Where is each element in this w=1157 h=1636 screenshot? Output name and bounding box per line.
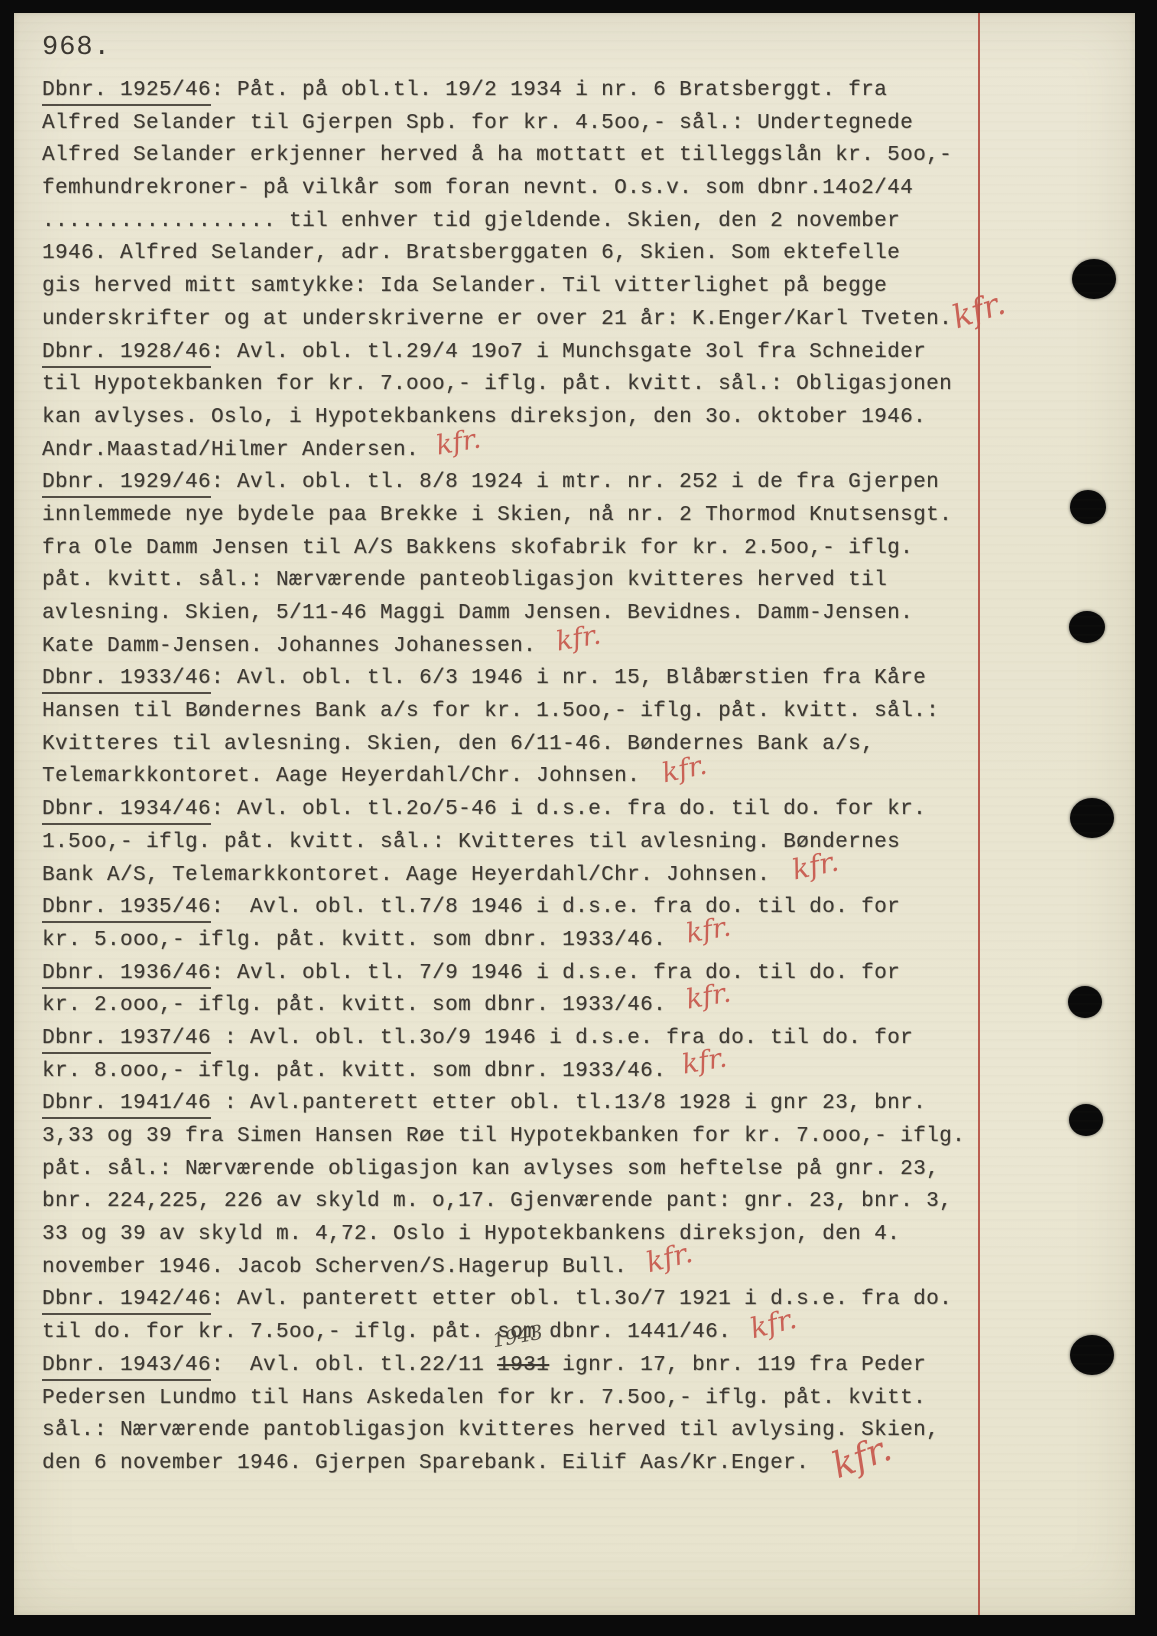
typed-text: november 1946. Jacob Scherven/S.Hagerup … <box>42 1256 627 1279</box>
typed-text: Pedersen Lundmo til Hans Askedalen for k… <box>42 1387 926 1410</box>
text-line: Dbnr. 1925/46: Påt. på obl.tl. 19/2 1934… <box>42 75 1002 108</box>
text-line: Andr.Maastad/Hilmer Andersen. <box>42 435 1002 468</box>
typed-text: fra Ole Damm Jensen til A/S Bakkens skof… <box>42 537 913 560</box>
text-line: Bank A/S, Telemarkkontoret. Aage Heyerda… <box>42 860 1002 893</box>
typed-text: 1931 <box>497 1354 549 1377</box>
text-line: Alfred Selander til Gjerpen Spb. for kr.… <box>42 108 1002 141</box>
punch-hole <box>1070 798 1114 838</box>
typed-text: : Avl. obl. tl.3o/9 1946 i d.s.e. fra do… <box>211 1027 913 1050</box>
punch-hole <box>1070 490 1106 524</box>
text-block: Dbnr. 1925/46: Påt. på obl.tl. 19/2 1934… <box>42 75 1002 1481</box>
text-line: kr. 5.ooo,- iflg. påt. kvitt. som dbnr. … <box>42 925 1002 958</box>
typed-text: .................. til enhver tid gjelde… <box>42 210 900 233</box>
text-line: gis herved mitt samtykke: Ida Selander. … <box>42 271 1002 304</box>
typed-text: gis herved mitt samtykke: Ida Selander. … <box>42 275 887 298</box>
typed-text: : Avl. obl. tl.22/11 <box>211 1354 497 1377</box>
typed-text: : Avl. obl. tl. 8/8 1924 i mtr. nr. 252 … <box>211 471 939 494</box>
punch-hole <box>1069 1104 1103 1136</box>
typed-text: Kate Damm-Jensen. Johannes Johanessen. <box>42 635 536 658</box>
entry-number: Dbnr. 1942/46 <box>42 1288 211 1315</box>
typed-text: : Avl. obl. tl.29/4 19o7 i Munchsgate 3o… <box>211 341 926 364</box>
typed-text: den 6 november 1946. Gjerpen Sparebank. … <box>42 1452 809 1475</box>
paper-sheet: 968. Dbnr. 1925/46: Påt. på obl.tl. 19/2… <box>14 13 1135 1615</box>
typed-text: kr. 8.ooo,- iflg. påt. kvitt. som dbnr. … <box>42 1060 666 1083</box>
text-line: kan avlyses. Oslo, i Hypotekbankens dire… <box>42 402 1002 435</box>
typed-text: 1946. Alfred Selander, adr. Bratsberggat… <box>42 242 900 265</box>
text-line: Dbnr. 1941/46 : Avl.panterett etter obl.… <box>42 1088 1002 1121</box>
text-line: til do. for kr. 7.5oo,- iflg. påt. som d… <box>42 1317 1002 1350</box>
text-line: sål.: Nærværende pantobligasjon kvittere… <box>42 1415 1002 1448</box>
text-line: Hansen til Bøndernes Bank a/s for kr. 1.… <box>42 696 1002 729</box>
text-line: 1.5oo,- iflg. påt. kvitt. sål.: Kvittere… <box>42 827 1002 860</box>
typed-text: til do. for kr. 7.5oo,- iflg. påt. som d… <box>42 1321 731 1344</box>
text-line: Dbnr. 1928/46: Avl. obl. tl.29/4 19o7 i … <box>42 337 1002 370</box>
typed-text: underskrifter og at underskriverne er ov… <box>42 308 952 331</box>
punch-hole <box>1068 986 1102 1018</box>
punch-hole <box>1072 259 1116 299</box>
typed-text: femhundrekroner- på vilkår som foran nev… <box>42 177 913 200</box>
entry-number: Dbnr. 1933/46 <box>42 667 211 694</box>
entry-number: Dbnr. 1935/46 <box>42 896 211 923</box>
typed-text: kr. 5.ooo,- iflg. påt. kvitt. som dbnr. … <box>42 929 666 952</box>
text-line: Dbnr. 1936/46: Avl. obl. tl. 7/9 1946 i … <box>42 958 1002 991</box>
text-line: innlemmede nye bydele paa Brekke i Skien… <box>42 500 1002 533</box>
entry-number: Dbnr. 1934/46 <box>42 798 211 825</box>
entry-number: Dbnr. 1929/46 <box>42 471 211 498</box>
entry-number: Dbnr. 1943/46 <box>42 1354 211 1381</box>
typed-text: Andr.Maastad/Hilmer Andersen. <box>42 439 419 462</box>
text-line: Alfred Selander erkjenner herved å ha mo… <box>42 140 1002 173</box>
typed-text: 1.5oo,- iflg. påt. kvitt. sål.: Kvittere… <box>42 831 900 854</box>
text-line: Kate Damm-Jensen. Johannes Johanessen. <box>42 631 1002 664</box>
text-line: Dbnr. 1929/46: Avl. obl. tl. 8/8 1924 i … <box>42 467 1002 500</box>
text-line: bnr. 224,225, 226 av skyld m. o,17. Gjen… <box>42 1186 1002 1219</box>
text-line: 33 og 39 av skyld m. 4,72. Oslo i Hypote… <box>42 1219 1002 1252</box>
punch-hole <box>1069 611 1105 643</box>
punch-hole <box>1070 1335 1114 1375</box>
typed-text: Telemarkkontoret. Aage Heyerdahl/Chr. Jo… <box>42 765 640 788</box>
entry-number: Dbnr. 1941/46 <box>42 1092 211 1119</box>
entry-number: Dbnr. 1937/46 <box>42 1027 211 1054</box>
typed-text: 3,33 og 39 fra Simen Hansen Røe til Hypo… <box>42 1125 965 1148</box>
scan-background: { "page": { "number": "968.", "backgroun… <box>0 0 1157 1636</box>
typed-text: : Avl. obl. tl.7/8 1946 i d.s.e. fra do.… <box>211 896 900 919</box>
text-line: kr. 2.ooo,- iflg. påt. kvitt. som dbnr. … <box>42 990 1002 1023</box>
page-number: 968. <box>42 33 111 63</box>
text-line: Pedersen Lundmo til Hans Askedalen for k… <box>42 1383 1002 1416</box>
text-line: femhundrekroner- på vilkår som foran nev… <box>42 173 1002 206</box>
typed-text: avlesning. Skien, 5/11-46 Maggi Damm Jen… <box>42 602 913 625</box>
text-line: Kvitteres til avlesning. Skien, den 6/11… <box>42 729 1002 762</box>
typed-text: Hansen til Bøndernes Bank a/s for kr. 1.… <box>42 700 939 723</box>
typed-text: : Avl. obl. tl. 6/3 1946 i nr. 15, Blåbæ… <box>211 667 926 690</box>
text-line: Telemarkkontoret. Aage Heyerdahl/Chr. Jo… <box>42 761 1002 794</box>
typed-text: til Hypotekbanken for kr. 7.ooo,- iflg. … <box>42 373 952 396</box>
text-line: påt. kvitt. sål.: Nærværende panteobliga… <box>42 565 1002 598</box>
text-line: Dbnr. 1943/46: Avl. obl. tl.22/11 1931 i… <box>42 1350 1002 1383</box>
text-line: Dbnr. 1935/46: Avl. obl. tl.7/8 1946 i d… <box>42 892 1002 925</box>
typed-text: Kvitteres til avlesning. Skien, den 6/11… <box>42 733 874 756</box>
text-line: 3,33 og 39 fra Simen Hansen Røe til Hypo… <box>42 1121 1002 1154</box>
typed-text: påt. kvitt. sål.: Nærværende panteobliga… <box>42 569 887 592</box>
typed-text: ignr. 17, bnr. 119 fra Peder <box>549 1354 926 1377</box>
text-line: Dbnr. 1933/46: Avl. obl. tl. 6/3 1946 i … <box>42 663 1002 696</box>
typed-text: : Avl. panterett etter obl. tl.3o/7 1921… <box>211 1288 952 1311</box>
typed-text: sål.: Nærværende pantobligasjon kvittere… <box>42 1419 939 1442</box>
text-line: 1946. Alfred Selander, adr. Bratsberggat… <box>42 238 1002 271</box>
typed-text: Alfred Selander til Gjerpen Spb. for kr.… <box>42 112 913 135</box>
typed-text: 33 og 39 av skyld m. 4,72. Oslo i Hypote… <box>42 1223 900 1246</box>
typed-text: Alfred Selander erkjenner herved å ha mo… <box>42 144 952 167</box>
typed-text: : Påt. på obl.tl. 19/2 1934 i nr. 6 Brat… <box>211 79 887 102</box>
text-line: avlesning. Skien, 5/11-46 Maggi Damm Jen… <box>42 598 1002 631</box>
typed-text: : Avl. obl. tl.2o/5-46 i d.s.e. fra do. … <box>211 798 926 821</box>
text-line: Dbnr. 1942/46: Avl. panterett etter obl.… <box>42 1284 1002 1317</box>
typed-text: : Avl. obl. tl. 7/9 1946 i d.s.e. fra do… <box>211 962 900 985</box>
text-line: kr. 8.ooo,- iflg. påt. kvitt. som dbnr. … <box>42 1056 1002 1089</box>
text-line: november 1946. Jacob Scherven/S.Hagerup … <box>42 1252 1002 1285</box>
typed-text: påt. sål.: Nærværende obligasjon kan avl… <box>42 1158 939 1181</box>
typed-text: Bank A/S, Telemarkkontoret. Aage Heyerda… <box>42 864 770 887</box>
text-line: Dbnr. 1937/46 : Avl. obl. tl.3o/9 1946 i… <box>42 1023 1002 1056</box>
entry-number: Dbnr. 1928/46 <box>42 341 211 368</box>
entry-number: Dbnr. 1925/46 <box>42 79 211 106</box>
text-line: .................. til enhver tid gjelde… <box>42 206 1002 239</box>
entry-number: Dbnr. 1936/46 <box>42 962 211 989</box>
text-line: fra Ole Damm Jensen til A/S Bakkens skof… <box>42 533 1002 566</box>
text-line: påt. sål.: Nærværende obligasjon kan avl… <box>42 1154 1002 1187</box>
typed-text: bnr. 224,225, 226 av skyld m. o,17. Gjen… <box>42 1190 952 1213</box>
typed-text: : Avl.panterett etter obl. tl.13/8 1928 … <box>211 1092 926 1115</box>
typed-text: kr. 2.ooo,- iflg. påt. kvitt. som dbnr. … <box>42 994 666 1017</box>
text-line: den 6 november 1946. Gjerpen Sparebank. … <box>42 1448 1002 1481</box>
text-line: til Hypotekbanken for kr. 7.ooo,- iflg. … <box>42 369 1002 402</box>
typed-text: innlemmede nye bydele paa Brekke i Skien… <box>42 504 952 527</box>
text-line: underskrifter og at underskriverne er ov… <box>42 304 1002 337</box>
typed-text: kan avlyses. Oslo, i Hypotekbankens dire… <box>42 406 926 429</box>
text-line: Dbnr. 1934/46: Avl. obl. tl.2o/5-46 i d.… <box>42 794 1002 827</box>
